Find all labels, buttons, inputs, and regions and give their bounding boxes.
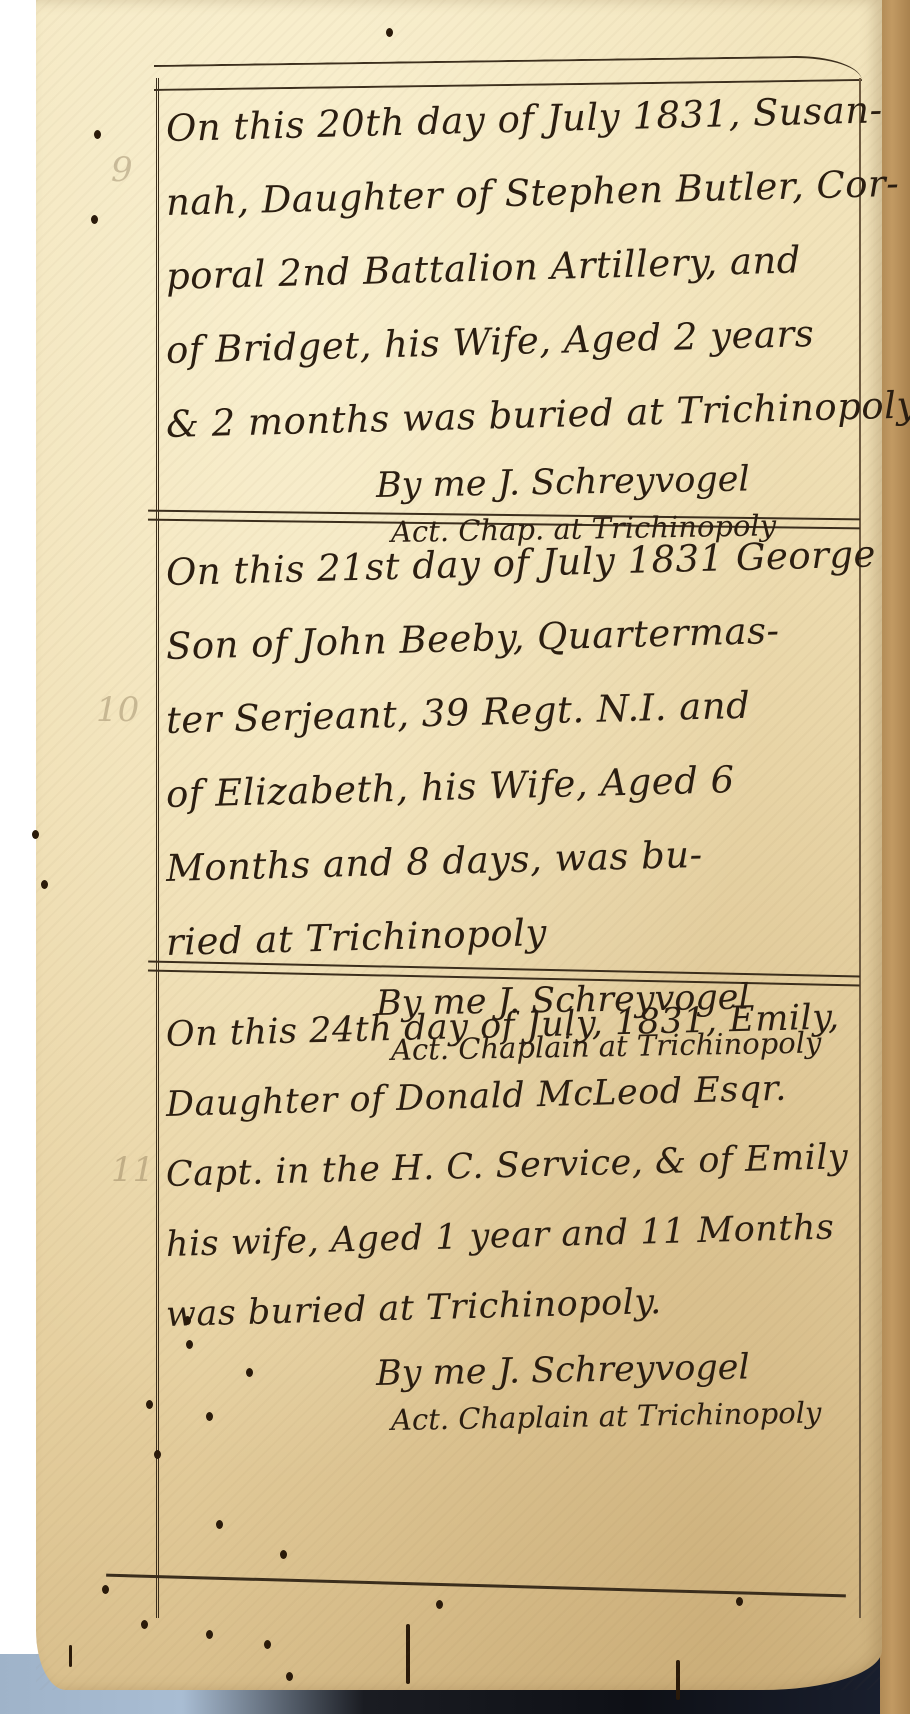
- ink-spot: [436, 1600, 443, 1609]
- adjacent-page-edge: [880, 0, 910, 1714]
- ink-spot: [146, 1400, 153, 1409]
- ink-spot: [184, 1316, 191, 1325]
- ink-drip: [676, 1660, 680, 1700]
- ink-spot: [206, 1630, 213, 1639]
- officiant-signature: By me J. Schreyvogel: [376, 1342, 847, 1398]
- ink-spot: [102, 1585, 109, 1594]
- margin-entry-number: 11: [111, 1150, 154, 1190]
- ink-drip: [406, 1624, 410, 1684]
- ink-spot: [286, 1672, 293, 1681]
- ink-spot: [246, 1368, 253, 1377]
- margin-entry-number: 10: [96, 690, 139, 730]
- ink-spot: [41, 880, 48, 889]
- officiant-title: Act. Chaplain at Trichinopoly: [391, 1390, 847, 1442]
- ink-drip: [69, 1645, 72, 1667]
- ink-spot: [736, 1597, 743, 1606]
- ink-spot: [94, 130, 101, 139]
- burial-entry: On this 20th day of July 1831, Susan- na…: [166, 92, 846, 554]
- officiant-signature: By me J. Schreyvogel: [376, 454, 847, 510]
- ink-spot: [154, 1450, 161, 1459]
- ink-spot: [206, 1412, 213, 1421]
- ink-spot: [280, 1550, 287, 1559]
- ink-spot: [32, 830, 39, 839]
- ink-spot: [186, 1340, 193, 1349]
- register-page: 9 10 11 On this 20th day of July 1831, S…: [36, 0, 882, 1690]
- margin-entry-number: 9: [111, 150, 133, 190]
- ink-spot: [91, 215, 98, 224]
- ink-spot: [141, 1620, 148, 1629]
- ink-spot: [386, 28, 393, 37]
- ink-spot: [216, 1520, 223, 1529]
- ink-spot: [264, 1640, 271, 1649]
- burial-entry: On this 24th day of July, 1831, Emily, D…: [166, 1000, 846, 1442]
